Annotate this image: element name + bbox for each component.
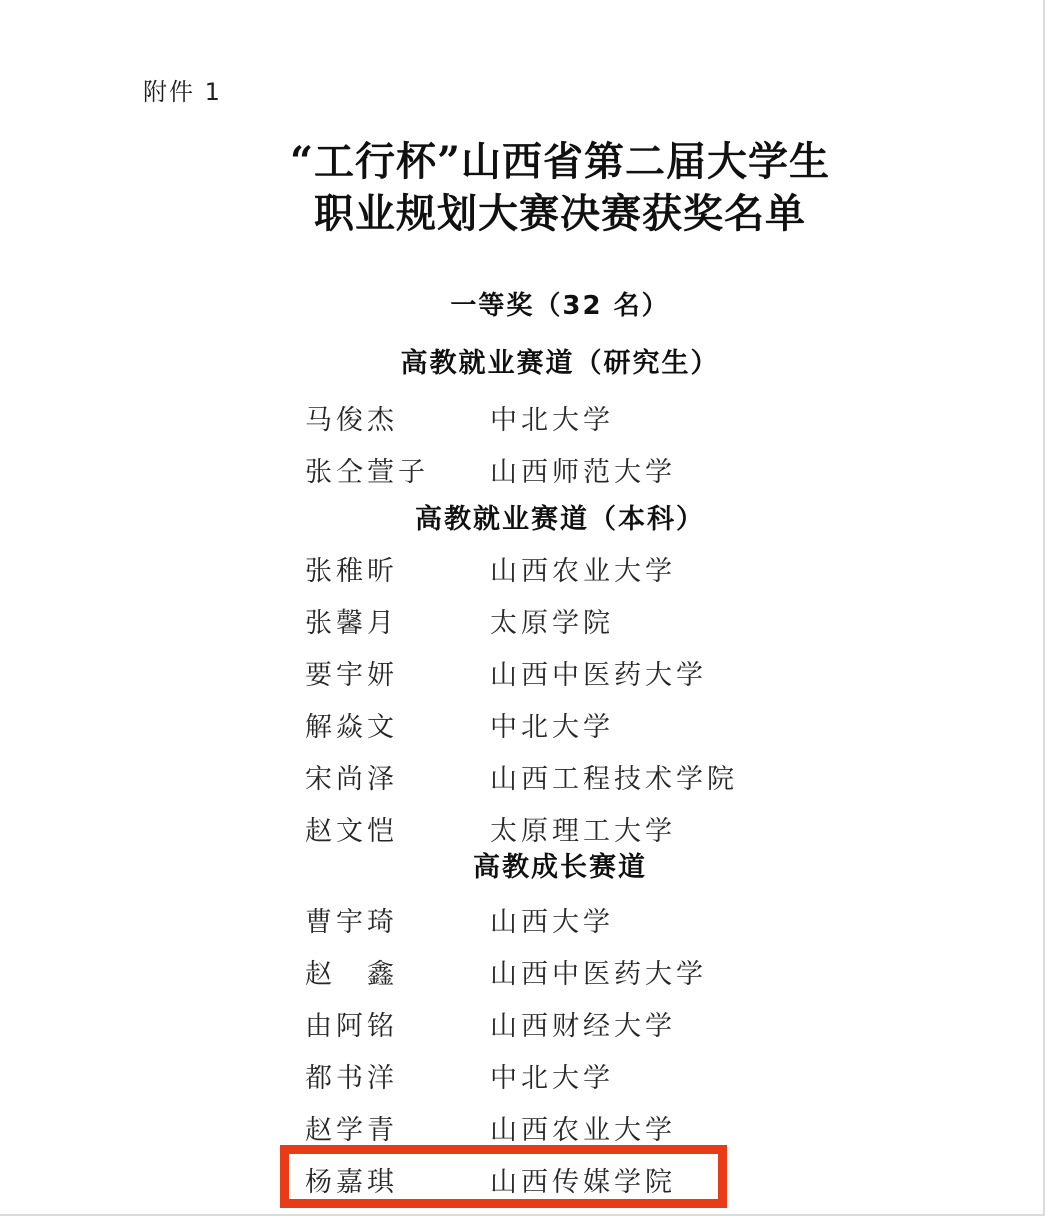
winner-name: 杨嘉琪 [305, 1160, 490, 1199]
section-header: 高教就业赛道（本科） [75, 506, 1045, 534]
winner-row: 要宇妍 山西中医药大学 [75, 646, 1045, 698]
title-line-2: 职业规划大赛决赛获奖名单 [75, 188, 1045, 240]
winner-row: 马俊杰 中北大学 [75, 391, 1045, 443]
winner-row: 赵学青 山西农业大学 [75, 1101, 1045, 1153]
winner-row: 张稚昕 山西农业大学 [75, 542, 1045, 594]
document-content: “工行杯”山西省第二届大学生 职业规划大赛决赛获奖名单 一等奖（32 名） 高教… [75, 136, 1045, 1205]
winner-name: 曹宇琦 [305, 900, 490, 939]
winner-name: 赵学青 [305, 1108, 490, 1147]
section-rows: 张稚昕 山西农业大学 张馨月 太原学院 要宇妍 山西中医药大学 解焱文 中北大学… [75, 542, 1045, 854]
winner-name: 解焱文 [305, 705, 490, 744]
winner-school: 山西中医药大学 [490, 653, 707, 692]
winner-school: 山西中医药大学 [490, 952, 707, 991]
award-section: 高教成长赛道 曹宇琦 山西大学 赵 鑫 山西中医药大学 由阿铭 山西财经大学 都… [75, 854, 1045, 1205]
document-title: “工行杯”山西省第二届大学生 职业规划大赛决赛获奖名单 [75, 136, 1045, 240]
winner-school: 山西师范大学 [490, 450, 676, 489]
document-page: 附件 1 “工行杯”山西省第二届大学生 职业规划大赛决赛获奖名单 一等奖（32 … [0, 0, 1045, 1216]
winner-row: 宋尚泽 山西工程技术学院 [75, 750, 1045, 802]
winner-row: 张馨月 太原学院 [75, 594, 1045, 646]
winner-name: 宋尚泽 [305, 757, 490, 796]
winner-name: 都书洋 [305, 1056, 490, 1095]
winner-row: 杨嘉琪 山西传媒学院 [75, 1153, 1045, 1205]
winner-name: 张仝萱子 [305, 450, 490, 489]
winner-school: 中北大学 [490, 398, 614, 437]
winner-name: 张稚昕 [305, 549, 490, 588]
award-section: 高教就业赛道（研究生） 马俊杰 中北大学 张仝萱子 山西师范大学 [75, 350, 1045, 495]
section-rows: 马俊杰 中北大学 张仝萱子 山西师范大学 [75, 391, 1045, 495]
winner-school: 山西农业大学 [490, 1108, 676, 1147]
winner-row: 赵文恺 太原理工大学 [75, 802, 1045, 854]
winner-row: 解焱文 中北大学 [75, 698, 1045, 750]
winner-row: 都书洋 中北大学 [75, 1049, 1045, 1101]
award-sections: 高教就业赛道（研究生） 马俊杰 中北大学 张仝萱子 山西师范大学 高教就业赛道（… [75, 350, 1045, 1205]
winner-name: 赵 鑫 [305, 952, 490, 991]
winner-school: 山西财经大学 [490, 1004, 676, 1043]
winner-row: 张仝萱子 山西师范大学 [75, 443, 1045, 495]
winner-row: 由阿铭 山西财经大学 [75, 997, 1045, 1049]
section-rows: 曹宇琦 山西大学 赵 鑫 山西中医药大学 由阿铭 山西财经大学 都书洋 中北大学… [75, 893, 1045, 1205]
winner-name: 马俊杰 [305, 398, 490, 437]
winner-school: 山西大学 [490, 900, 614, 939]
winner-school: 太原学院 [490, 601, 614, 640]
section-header: 高教成长赛道 [75, 854, 1045, 882]
winner-school: 山西工程技术学院 [490, 757, 738, 796]
section-header: 高教就业赛道（研究生） [75, 350, 1045, 378]
winner-school: 中北大学 [490, 1056, 614, 1095]
winner-row: 赵 鑫 山西中医药大学 [75, 945, 1045, 997]
winner-school: 山西农业大学 [490, 549, 676, 588]
winner-name: 赵文恺 [305, 809, 490, 848]
award-heading: 一等奖（32 名） [75, 292, 1045, 320]
winner-name: 由阿铭 [305, 1004, 490, 1043]
winner-row: 曹宇琦 山西大学 [75, 893, 1045, 945]
title-line-1: “工行杯”山西省第二届大学生 [75, 136, 1045, 188]
attachment-label: 附件 1 [143, 78, 1043, 106]
winner-name: 要宇妍 [305, 653, 490, 692]
winner-school: 中北大学 [490, 705, 614, 744]
winner-school: 山西传媒学院 [490, 1160, 676, 1199]
award-section: 高教就业赛道（本科） 张稚昕 山西农业大学 张馨月 太原学院 要宇妍 山西中医药… [75, 506, 1045, 854]
winner-name: 张馨月 [305, 601, 490, 640]
winner-school: 太原理工大学 [490, 809, 676, 848]
